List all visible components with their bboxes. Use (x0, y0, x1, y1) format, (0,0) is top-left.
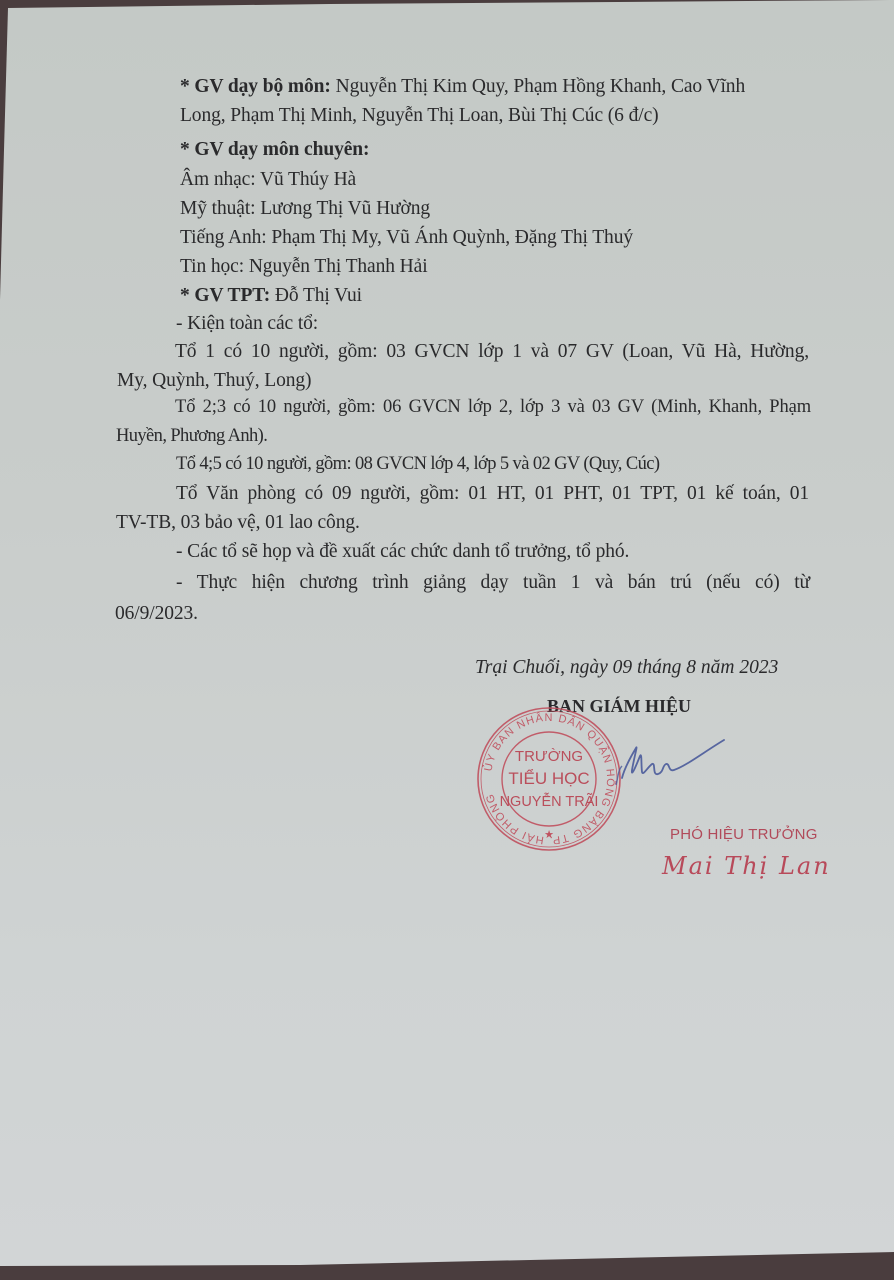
gv-tpt-line: * GV TPT: Đỗ Thị Vui (180, 285, 362, 307)
gv-tpt-label: * GV TPT: (180, 285, 270, 306)
gv-tpt-text: Đỗ Thị Vui (270, 285, 362, 306)
place-date: Trại Chuối, ngày 09 tháng 8 năm 2023 (475, 657, 778, 679)
to1-line-2: My, Quỳnh, Thuý, Long) (117, 370, 311, 392)
gv-bo-mon-line-2: Long, Phạm Thị Minh, Nguyễn Thị Loan, Bù… (180, 105, 659, 127)
kien-toan-heading: - Kiện toàn các tổ: (176, 313, 318, 335)
handwritten-signature-icon (612, 730, 732, 790)
gv-chuyen-item-tin-hoc: Tin học: Nguyễn Thị Thanh Hải (180, 256, 428, 278)
to1-line-1: Tổ 1 có 10 người, gồm: 03 GVCN lớp 1 và … (175, 341, 809, 363)
to1-line-1-text: Tổ 1 có 10 người, gồm: 03 GVCN lớp 1 và … (175, 341, 809, 363)
gv-bo-mon-label: * GV dạy bộ môn: (180, 76, 331, 97)
signatory-name: Mai Thị Lan (662, 852, 831, 880)
to23-line-2: Huyền, Phương Anh). (116, 426, 267, 447)
van-phong-line-1-text: Tổ Văn phòng có 09 người, gồm: 01 HT, 01… (176, 483, 809, 505)
gv-chuyen-item-my-thuat: Mỹ thuật: Lương Thị Vũ Hường (180, 198, 430, 220)
svg-text:TRƯỜNG: TRƯỜNG (515, 748, 583, 765)
gv-bo-mon-line-1: * GV dạy bộ môn: Nguyễn Thị Kim Quy, Phạ… (180, 76, 800, 98)
to23-line-1: Tổ 2;3 có 10 người, gồm: 06 GVCN lớp 2, … (175, 397, 811, 418)
thuc-hien-line-1-text: - Thực hiện chương trình giảng dạy tuần … (176, 572, 810, 594)
gv-chuyen-label: * GV dạy môn chuyên: (180, 139, 369, 161)
svg-text:TIỂU HỌC: TIỂU HỌC (508, 769, 589, 788)
thuc-hien-line-1: - Thực hiện chương trình giảng dạy tuần … (176, 572, 810, 594)
van-phong-line-2: TV-TB, 03 bảo vệ, 01 lao công. (116, 512, 360, 534)
to45-line: Tổ 4;5 có 10 người, gồm: 08 GVCN lớp 4, … (176, 454, 659, 475)
gv-bo-mon-text: Nguyễn Thị Kim Quy, Phạm Hồng Khanh, Cao… (331, 76, 745, 97)
van-phong-line-1: Tổ Văn phòng có 09 người, gồm: 01 HT, 01… (176, 483, 809, 505)
hop-to-line: - Các tổ sẽ họp và đề xuất các chức danh… (176, 541, 629, 563)
document-page: * GV dạy bộ môn: Nguyễn Thị Kim Quy, Phạ… (0, 0, 894, 1280)
stamp-star: ★ (544, 829, 554, 841)
gv-chuyen-item-tieng-anh: Tiếng Anh: Phạm Thị My, Vũ Ánh Quỳnh, Đặ… (180, 227, 633, 249)
signatory-role: PHÓ HIỆU TRƯỞNG (670, 826, 818, 843)
svg-text:NGUYỄN TRÃI: NGUYỄN TRÃI (500, 793, 599, 810)
school-stamp-icon: ỦY BAN NHÂN DÂN QUẬN HỒNG BÀNG TP. HẢI P… (476, 706, 622, 852)
to23-line-1-text: Tổ 2;3 có 10 người, gồm: 06 GVCN lớp 2, … (175, 397, 811, 418)
thuc-hien-line-2: 06/9/2023. (115, 603, 198, 625)
gv-chuyen-item-am-nhac: Âm nhạc: Vũ Thúy Hà (180, 169, 356, 191)
